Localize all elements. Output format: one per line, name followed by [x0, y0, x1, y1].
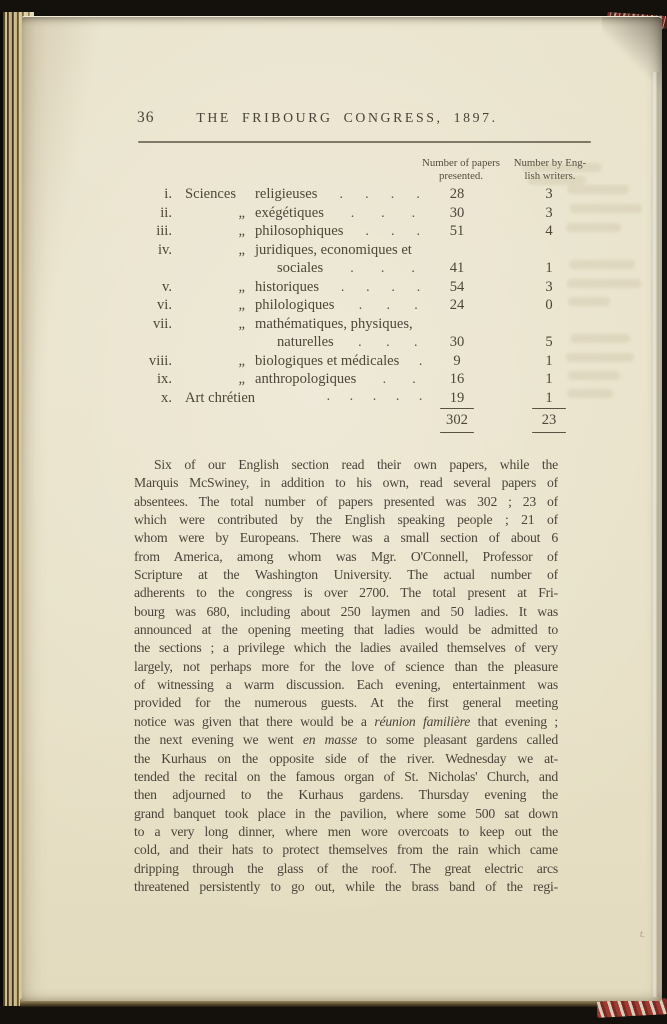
body-line: whom were by Europeans. There was a smal… [134, 529, 558, 547]
leader-dot: . [365, 224, 369, 240]
body-line: then adjourned to the Kurhaus gardens. T… [134, 786, 558, 804]
leader-dot: . [396, 389, 400, 405]
english-count: 1 [526, 370, 572, 388]
body-line: cold, and their hats to protect themselv… [134, 841, 558, 859]
body-line: Six of our English section read their ow… [134, 456, 558, 474]
leader-dot: . [351, 206, 355, 222]
table-row: naturelles...305 [22, 333, 662, 352]
row-category-leader: juridiques, economiques et [255, 241, 442, 259]
body-text: whom were by Europeans. There was a smal… [134, 530, 558, 545]
body-line: Marquis McSwiney, in addition to his own… [134, 474, 558, 492]
row-numeral: ix. [22, 370, 172, 388]
leader-dot: . [419, 389, 423, 405]
leader-dot: . [391, 224, 395, 240]
body-text: the Kurhaus on the opposite side of the … [134, 751, 558, 766]
body-line: which were contributed by the English sp… [134, 511, 558, 529]
row-category-leader: exégétiques... [255, 204, 442, 222]
leader-dot: . [411, 261, 415, 277]
bleed-through-ghost [566, 223, 621, 232]
bleed-through-ghost [567, 389, 613, 398]
dot-leader: ... [324, 204, 442, 222]
total-papers-rule-bottom [440, 432, 474, 433]
body-text: of witnessing a warm discussion. Each ev… [134, 677, 558, 692]
body-line: the Kurhaus on the opposite side of the … [134, 750, 558, 768]
body-line: dripping through the glass of the roof. … [134, 860, 558, 878]
body-text: grand banquet took place in the pavilion… [134, 806, 558, 821]
bleed-through-ghost [568, 297, 610, 306]
header-rule [138, 141, 591, 143]
row-category: exégétiques [255, 204, 324, 222]
leader-dot: . [386, 298, 390, 314]
body-text: the next evening we went [134, 732, 303, 747]
leader-dot: . [358, 335, 362, 351]
bleed-through-ghost [570, 334, 630, 343]
body-line: threatened persistently to go out, while… [134, 878, 558, 896]
body-line: largely, not perhaps more for the love o… [134, 658, 558, 676]
table-row: v.„historiques....543 [22, 278, 662, 297]
row-category-leader: religieuses.... [255, 185, 442, 203]
row-category: juridiques, economiques et [255, 241, 412, 259]
papers-count: 24 [434, 296, 480, 314]
body-line: absentees. The total number of papers pr… [134, 493, 558, 511]
leader-dot: . [381, 261, 385, 277]
total-english: 23 [526, 412, 572, 429]
row-numeral: ii. [22, 204, 172, 222]
bleed-through-ghost [568, 371, 620, 380]
row-category-leader: biologiques et médicales. [255, 352, 442, 370]
dot-leader: ... [334, 333, 442, 351]
english-count: 3 [526, 204, 572, 222]
row-lead: „ [185, 222, 249, 240]
body-line: grand banquet took place in the pavilion… [134, 805, 558, 823]
body-text: cold, and their hats to protect themselv… [134, 842, 558, 857]
row-category-leader: ..... [255, 389, 442, 405]
dot-leader: .... [317, 185, 442, 203]
leader-dot: . [414, 298, 418, 314]
bleed-through-ghost [566, 353, 634, 362]
english-count: 0 [526, 296, 572, 314]
leader-dot: . [365, 187, 369, 203]
row-lead: Sciences [185, 185, 236, 203]
english-count: 5 [526, 333, 572, 351]
row-numeral: iii. [22, 222, 172, 240]
body-line: announced at the opening meeting that la… [134, 621, 558, 639]
english-count: 3 [526, 185, 572, 203]
row-category-leader: naturelles... [255, 333, 442, 351]
body-line: tended the recital on the famous organ o… [134, 768, 558, 786]
row-lead: „ [185, 352, 249, 370]
body-text: Scripture at the Washington University. … [134, 567, 558, 582]
bleed-through-ghost [567, 185, 629, 194]
dot-leader: .... [319, 278, 442, 296]
row-category: sociales [277, 259, 323, 277]
running-title: THE FRIBOURG CONGRESS, 1897. [137, 110, 557, 126]
book-headband-bottom [597, 998, 667, 1018]
row-category-leader: philologiques... [255, 296, 442, 314]
row-numeral: i. [22, 185, 172, 203]
row-category: historiques [255, 278, 319, 296]
bleed-through-ghost [570, 204, 642, 213]
leader-dot: . [414, 335, 418, 351]
leader-dot: . [341, 280, 345, 296]
screenshot-root: { "colors": { "paper": "#e8e2cb", "ink":… [0, 0, 667, 1024]
body-line: adherents to the congress is over 2700. … [134, 584, 558, 602]
leader-dot: . [373, 389, 377, 405]
table-row: ii.„exégétiques...303 [22, 204, 662, 223]
leader-dot: . [391, 280, 395, 296]
leader-dot: . [327, 389, 331, 405]
row-lead: „ [185, 241, 249, 259]
leader-dot: . [391, 187, 395, 203]
body-text: announced at the opening meeting that la… [134, 622, 558, 637]
row-lead: „ [185, 278, 249, 296]
row-lead: Art chrétien [185, 389, 255, 407]
table-row: vii.„mathématiques, physiques, [22, 315, 662, 334]
table-row: ix.„anthropologiques..161 [22, 370, 662, 389]
dot-leader: ... [323, 259, 442, 277]
row-numeral: v. [22, 278, 172, 296]
body-text: to a very long dinner, where men wore ov… [134, 824, 558, 839]
row-lead: „ [185, 315, 249, 333]
row-category-leader: philosophiques... [255, 222, 442, 240]
body-line: of witnessing a warm discussion. Each ev… [134, 676, 558, 694]
row-category-leader: sociales... [255, 259, 442, 277]
bleed-through-ghost [569, 260, 635, 269]
row-category-leader: anthropologiques.. [255, 370, 442, 388]
papers-count: 41 [434, 259, 480, 277]
papers-count: 19 [434, 389, 480, 407]
table-row: iv.„juridiques, economiques et [22, 241, 662, 260]
bleed-through-ghost [567, 279, 641, 288]
table-row: i.Sciencesreligieuses....283 [22, 185, 662, 204]
body-text: bourg was 680, including about 250 layme… [134, 604, 558, 619]
page-header: 36 THE FRIBOURG CONGRESS, 1897. [137, 109, 557, 129]
dot-leader [413, 315, 442, 333]
italic-phrase: en masse [303, 732, 357, 747]
body-text: absentees. The total number of papers pr… [134, 494, 558, 509]
leader-dot: . [412, 206, 416, 222]
total-english-rule-top [532, 408, 566, 409]
english-count: 1 [526, 259, 572, 277]
dot-leader: .. [356, 370, 442, 388]
row-category-leader: mathématiques, physiques, [255, 315, 442, 333]
scanned-page: 36 THE FRIBOURG CONGRESS, 1897. Number o… [22, 16, 662, 1001]
body-text: which were contributed by the English sp… [134, 512, 558, 527]
english-count: 1 [526, 389, 572, 407]
body-line: provided for the numerous guests. At the… [134, 694, 558, 712]
row-category: naturelles [277, 333, 334, 351]
english-count: 3 [526, 278, 572, 296]
papers-count: 16 [434, 370, 480, 388]
row-category: philologiques [255, 296, 334, 314]
row-category: mathématiques, physiques, [255, 315, 413, 333]
papers-count: 30 [434, 204, 480, 222]
body-line: bourg was 680, including about 250 layme… [134, 603, 558, 621]
papers-count: 30 [434, 333, 480, 351]
leader-dot: . [419, 354, 423, 370]
row-numeral: vii. [22, 315, 172, 333]
leader-dot: . [386, 335, 390, 351]
body-text: Marquis McSwiney, in addition to his own… [134, 475, 558, 490]
body-text: Six of our English section read their ow… [154, 457, 558, 472]
leader-dot: . [416, 187, 420, 203]
body-text: tended the recital on the famous organ o… [134, 769, 558, 784]
row-numeral: x. [22, 389, 172, 407]
body-line: notice was given that there would be a r… [134, 713, 558, 731]
row-category: religieuses [255, 185, 317, 203]
margin-bleed-mark: t. [639, 929, 645, 940]
body-line: to a very long dinner, where men wore ov… [134, 823, 558, 841]
papers-count: 28 [434, 185, 480, 203]
italic-phrase: réunion familière [374, 714, 470, 729]
leader-dot: . [366, 280, 370, 296]
body-line: from America, among whom was Mgr. O'Conn… [134, 548, 558, 566]
body-text: dripping through the glass of the roof. … [134, 861, 558, 876]
body-line: the sections ; a privilege which the lad… [134, 639, 558, 657]
body-text: that evening ; [470, 714, 558, 729]
body-text: notice was given that there would be a [134, 714, 374, 729]
body-line: the next evening we went en masse to som… [134, 731, 558, 749]
leader-dot: . [340, 187, 344, 203]
bleed-through-ghost [528, 176, 586, 185]
body-line: Scripture at the Washington University. … [134, 566, 558, 584]
papers-count: 54 [434, 278, 480, 296]
body-text: the sections ; a privilege which the lad… [134, 640, 558, 655]
papers-count: 9 [434, 352, 480, 370]
row-lead: „ [185, 204, 249, 222]
row-numeral: viii. [22, 352, 172, 370]
table-row: sociales...411 [22, 259, 662, 278]
body-text: threatened persistently to go out, while… [134, 879, 558, 894]
body-text: to some pleasant gardens called [357, 732, 558, 747]
dot-leader: ..... [307, 389, 442, 405]
body-text: provided for the numerous guests. At the… [134, 695, 558, 710]
leader-dot: . [359, 298, 363, 314]
bleed-through-ghost [522, 163, 602, 172]
table-row: vi.„philologiques...240 [22, 296, 662, 315]
row-category: biologiques et médicales [255, 352, 399, 370]
english-count: 4 [526, 222, 572, 240]
body-text: then adjourned to the Kurhaus gardens. T… [134, 787, 558, 802]
leader-dot: . [350, 261, 354, 277]
body-text: adherents to the congress is over 2700. … [134, 585, 558, 600]
body-text: from America, among whom was Mgr. O'Conn… [134, 549, 558, 564]
papers-count: 51 [434, 222, 480, 240]
row-lead: „ [185, 370, 249, 388]
body-text: largely, not perhaps more for the love o… [134, 659, 558, 674]
row-numeral: vi. [22, 296, 172, 314]
row-category: anthropologiques [255, 370, 356, 388]
row-numeral: iv. [22, 241, 172, 259]
leader-dot: . [383, 372, 387, 388]
dot-leader [412, 241, 442, 259]
table-row: x.Art chrétien.....191 [22, 389, 662, 408]
total-english-rule-bottom [532, 432, 566, 433]
body-paragraph: Six of our English section read their ow… [134, 456, 558, 896]
table-rows: i.Sciencesreligieuses....283ii.„exégétiq… [22, 185, 662, 407]
dot-leader: ... [343, 222, 442, 240]
total-papers-rule-top [440, 408, 474, 409]
row-lead: „ [185, 296, 249, 314]
leader-dot: . [416, 224, 420, 240]
leader-dot: . [417, 280, 421, 296]
row-category: philosophiques [255, 222, 343, 240]
english-count: 1 [526, 352, 572, 370]
total-papers: 302 [434, 412, 480, 429]
leader-dot: . [381, 206, 385, 222]
leader-dot: . [412, 372, 416, 388]
leader-dot: . [350, 389, 354, 405]
row-category-leader: historiques.... [255, 278, 442, 296]
dot-leader: ... [334, 296, 442, 314]
